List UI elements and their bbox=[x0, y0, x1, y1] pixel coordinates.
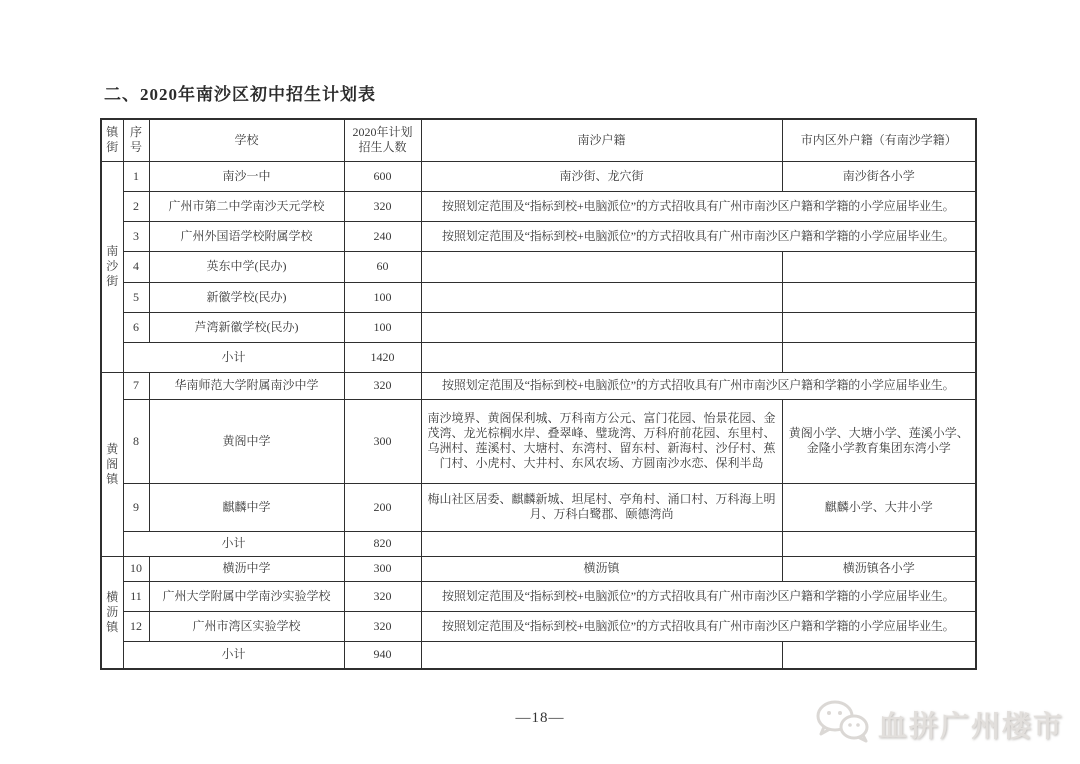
cell-subtotal-label: 小计 bbox=[123, 531, 344, 556]
cell-plan: 240 bbox=[344, 221, 421, 251]
cell-no: 4 bbox=[123, 251, 149, 282]
cell-outer bbox=[782, 312, 976, 342]
cell-no: 2 bbox=[123, 191, 149, 221]
cell-no: 9 bbox=[123, 483, 149, 531]
header-plan: 2020年计划 招生人数 bbox=[344, 119, 421, 161]
cell-outer: 麒麟小学、大井小学 bbox=[782, 483, 976, 531]
cell-nansha bbox=[421, 251, 782, 282]
header-outer: 市内区外户籍（有南沙学籍） bbox=[782, 119, 976, 161]
subtotal-row: 小计 820 bbox=[101, 531, 976, 556]
table-row: 8 黄阁中学 300 南沙境界、黄阁保利城、万科南方公元、富门花园、怡景花园、金… bbox=[101, 399, 976, 483]
table-row: 2 广州市第二中学南沙天元学校 320 按照划定范围及“指标到校+电脑派位”的方… bbox=[101, 191, 976, 221]
table-row: 5 新徽学校(民办) 100 bbox=[101, 282, 976, 312]
cell-subtotal-label: 小计 bbox=[123, 641, 344, 669]
cell-plan: 320 bbox=[344, 191, 421, 221]
group-label-huangge: 黄阁镇 bbox=[101, 372, 123, 556]
table-row: 南沙街 1 南沙一中 600 南沙街、龙穴街 南沙街各小学 bbox=[101, 161, 976, 191]
cell-subtotal-label: 小计 bbox=[123, 342, 344, 372]
header-school: 学校 bbox=[149, 119, 344, 161]
wechat-bubbles-icon bbox=[814, 698, 870, 751]
cell-school: 南沙一中 bbox=[149, 161, 344, 191]
cell-policy-span: 按照划定范围及“指标到校+电脑派位”的方式招收具有广州市南沙区户籍和学籍的小学应… bbox=[421, 581, 976, 611]
cell-plan: 300 bbox=[344, 399, 421, 483]
cell-school: 芦湾新徽学校(民办) bbox=[149, 312, 344, 342]
cell-school: 广州外国语学校附属学校 bbox=[149, 221, 344, 251]
table-row: 黄阁镇 7 华南师范大学附属南沙中学 320 按照划定范围及“指标到校+电脑派位… bbox=[101, 372, 976, 399]
header-plan-line2: 招生人数 bbox=[347, 140, 419, 155]
table-row: 3 广州外国语学校附属学校 240 按照划定范围及“指标到校+电脑派位”的方式招… bbox=[101, 221, 976, 251]
cell-outer-empty bbox=[782, 342, 976, 372]
cell-subtotal-value: 940 bbox=[344, 641, 421, 669]
cell-nansha: 南沙街、龙穴街 bbox=[421, 161, 782, 191]
cell-outer bbox=[782, 251, 976, 282]
table-row: 横沥镇 10 横沥中学 300 横沥镇 横沥镇各小学 bbox=[101, 556, 976, 581]
cell-school: 横沥中学 bbox=[149, 556, 344, 581]
cell-nansha bbox=[421, 312, 782, 342]
cell-outer-empty bbox=[782, 531, 976, 556]
cell-no: 12 bbox=[123, 611, 149, 641]
cell-plan: 60 bbox=[344, 251, 421, 282]
cell-subtotal-value: 820 bbox=[344, 531, 421, 556]
table-row: 11 广州大学附属中学南沙实验学校 320 按照划定范围及“指标到校+电脑派位”… bbox=[101, 581, 976, 611]
cell-outer-empty bbox=[782, 641, 976, 669]
table-row: 6 芦湾新徽学校(民办) 100 bbox=[101, 312, 976, 342]
cell-school: 华南师范大学附属南沙中学 bbox=[149, 372, 344, 399]
cell-plan: 200 bbox=[344, 483, 421, 531]
cell-nansha: 南沙境界、黄阁保利城、万科南方公元、富门花园、怡景花园、金茂湾、龙光棕榈水岸、叠… bbox=[421, 399, 782, 483]
cell-plan: 600 bbox=[344, 161, 421, 191]
cell-outer bbox=[782, 282, 976, 312]
cell-no: 5 bbox=[123, 282, 149, 312]
cell-plan: 100 bbox=[344, 312, 421, 342]
cell-outer: 黄阁小学、大塘小学、莲溪小学、金隆小学教育集团东湾小学 bbox=[782, 399, 976, 483]
cell-plan: 320 bbox=[344, 581, 421, 611]
cell-outer: 南沙街各小学 bbox=[782, 161, 976, 191]
table-row: 12 广州市湾区实验学校 320 按照划定范围及“指标到校+电脑派位”的方式招收… bbox=[101, 611, 976, 641]
header-town: 镇街 bbox=[101, 119, 123, 161]
cell-no: 6 bbox=[123, 312, 149, 342]
cell-policy-span: 按照划定范围及“指标到校+电脑派位”的方式招收具有广州市南沙区户籍和学籍的小学应… bbox=[421, 372, 976, 399]
cell-school: 广州大学附属中学南沙实验学校 bbox=[149, 581, 344, 611]
cell-school: 英东中学(民办) bbox=[149, 251, 344, 282]
cell-nansha-empty bbox=[421, 641, 782, 669]
group-label-nanshajie: 南沙街 bbox=[101, 161, 123, 372]
cell-plan: 320 bbox=[344, 372, 421, 399]
cell-plan: 100 bbox=[344, 282, 421, 312]
cell-school: 麒麟中学 bbox=[149, 483, 344, 531]
cell-school: 广州市第二中学南沙天元学校 bbox=[149, 191, 344, 221]
cell-subtotal-value: 1420 bbox=[344, 342, 421, 372]
cell-no: 7 bbox=[123, 372, 149, 399]
cell-plan: 300 bbox=[344, 556, 421, 581]
cell-policy-span: 按照划定范围及“指标到校+电脑派位”的方式招收具有广州市南沙区户籍和学籍的小学应… bbox=[421, 191, 976, 221]
cell-no: 8 bbox=[123, 399, 149, 483]
cell-outer: 横沥镇各小学 bbox=[782, 556, 976, 581]
watermark-text: 血拼广州楼市 bbox=[878, 704, 1064, 745]
cell-nansha: 梅山社区居委、麒麟新城、坦尾村、亭角村、涌口村、万科海上明月、万科白鹭郡、颐德湾… bbox=[421, 483, 782, 531]
cell-school: 新徽学校(民办) bbox=[149, 282, 344, 312]
document-page: 二、2020年南沙区初中招生计划表 镇街 序号 学校 2020年计划 招生人数 … bbox=[0, 0, 1080, 764]
table-row: 9 麒麟中学 200 梅山社区居委、麒麟新城、坦尾村、亭角村、涌口村、万科海上明… bbox=[101, 483, 976, 531]
cell-policy-span: 按照划定范围及“指标到校+电脑派位”的方式招收具有广州市南沙区户籍和学籍的小学应… bbox=[421, 611, 976, 641]
cell-nansha: 横沥镇 bbox=[421, 556, 782, 581]
cell-school: 广州市湾区实验学校 bbox=[149, 611, 344, 641]
cell-no: 10 bbox=[123, 556, 149, 581]
cell-no: 11 bbox=[123, 581, 149, 611]
group-label-hengli: 横沥镇 bbox=[101, 556, 123, 669]
cell-nansha bbox=[421, 282, 782, 312]
header-no: 序号 bbox=[123, 119, 149, 161]
cell-no: 1 bbox=[123, 161, 149, 191]
header-plan-line1: 2020年计划 bbox=[347, 125, 419, 140]
cell-nansha-empty bbox=[421, 531, 782, 556]
cell-plan: 320 bbox=[344, 611, 421, 641]
cell-nansha-empty bbox=[421, 342, 782, 372]
table-row: 4 英东中学(民办) 60 bbox=[101, 251, 976, 282]
watermark-logo: 血拼广州楼市 bbox=[814, 698, 1064, 751]
subtotal-row: 小计 1420 bbox=[101, 342, 976, 372]
subtotal-row: 小计 940 bbox=[101, 641, 976, 669]
cell-no: 3 bbox=[123, 221, 149, 251]
cell-policy-span: 按照划定范围及“指标到校+电脑派位”的方式招收具有广州市南沙区户籍和学籍的小学应… bbox=[421, 221, 976, 251]
cell-school: 黄阁中学 bbox=[149, 399, 344, 483]
enrollment-table: 镇街 序号 学校 2020年计划 招生人数 南沙户籍 市内区外户籍（有南沙学籍）… bbox=[100, 118, 977, 670]
table-header-row: 镇街 序号 学校 2020年计划 招生人数 南沙户籍 市内区外户籍（有南沙学籍） bbox=[101, 119, 976, 161]
header-nansha: 南沙户籍 bbox=[421, 119, 782, 161]
page-title: 二、2020年南沙区初中招生计划表 bbox=[104, 80, 376, 105]
